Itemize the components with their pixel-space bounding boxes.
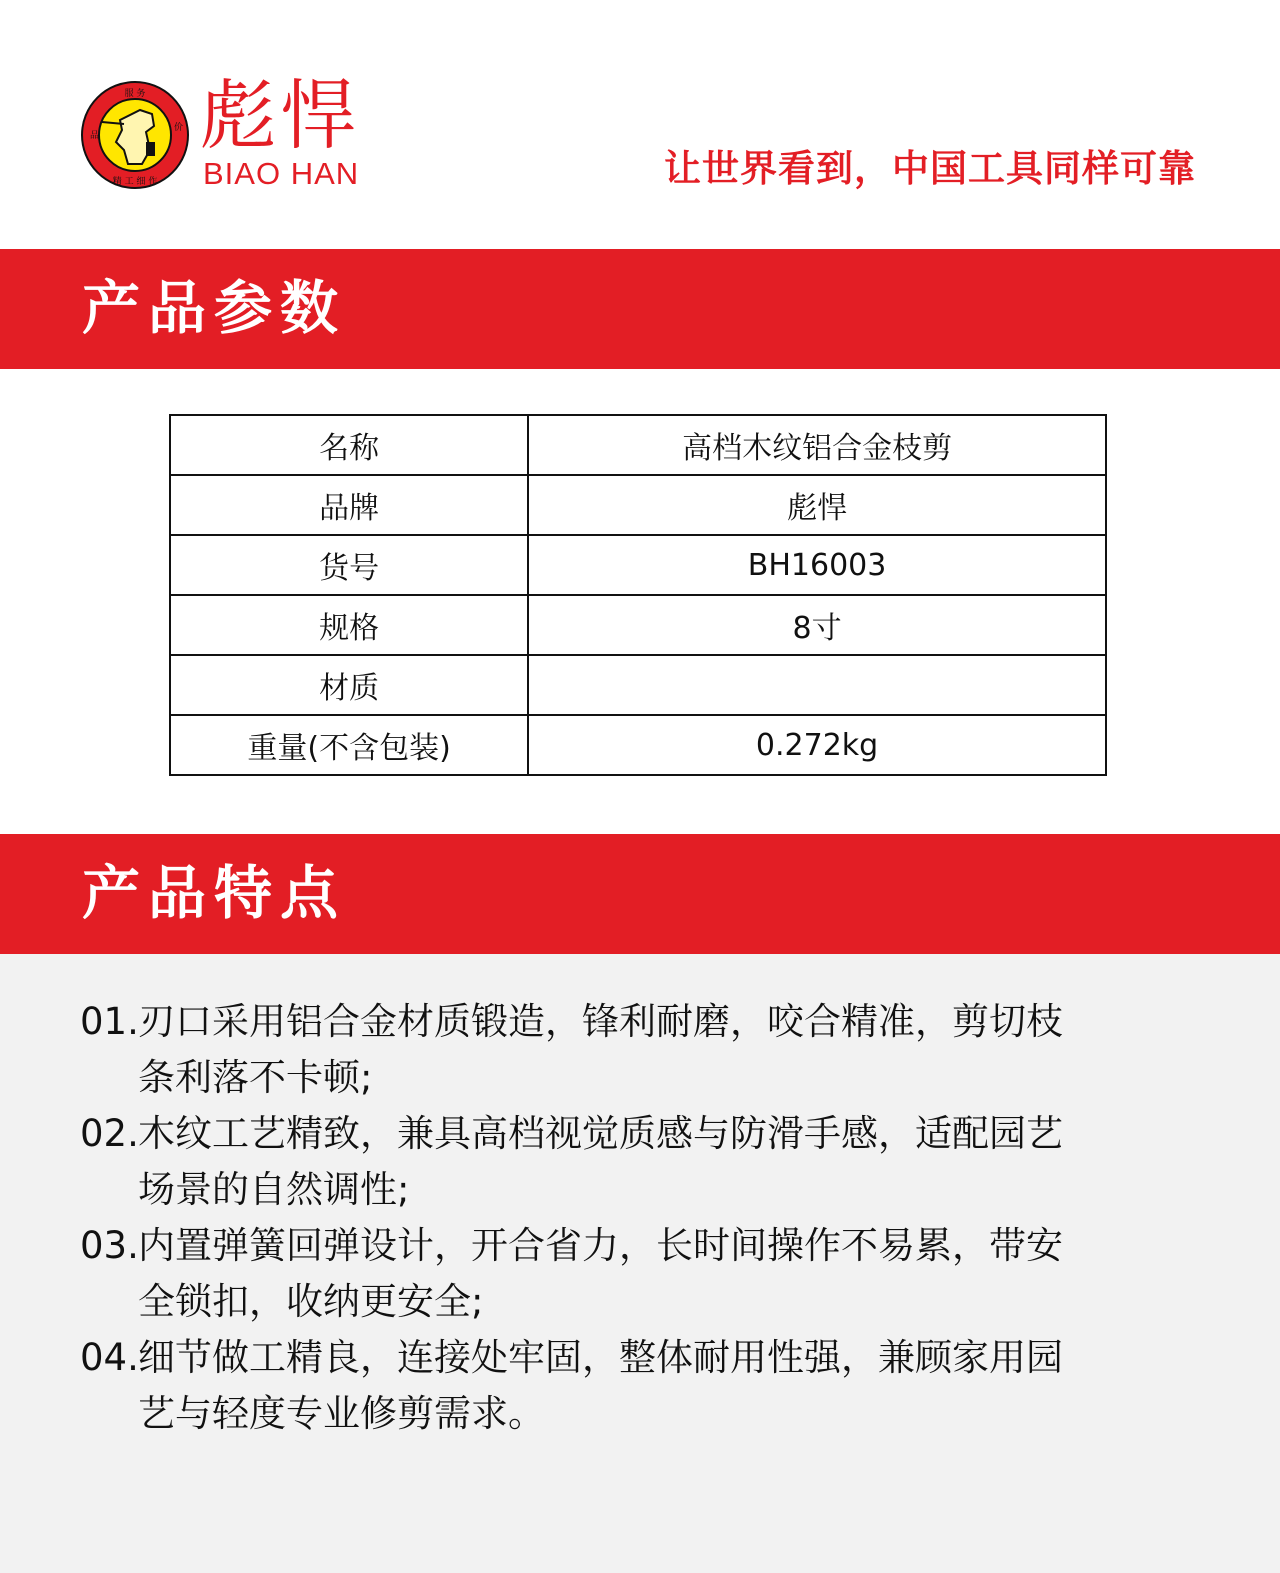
table-row: 规格 8寸 <box>170 595 1106 655</box>
feature-item: 02.木纹工艺精致，兼具高档视觉质感与防滑手感，适配园艺 场景的自然调性; <box>80 1106 1190 1218</box>
feature-text-line1: 木纹工艺精致，兼具高档视觉质感与防滑手感，适配园艺 <box>138 1112 1063 1155</box>
param-value: 8寸 <box>528 595 1106 655</box>
param-value: 高档木纹铝合金枝剪 <box>528 415 1106 475</box>
param-key: 货号 <box>170 535 528 595</box>
feature-item: 03.内置弹簧回弹设计，开合省力，长时间操作不易累，带安 全锁扣，收纳更安全; <box>80 1218 1190 1330</box>
brand-header: 服 务 精 工 细 作 品 价 彪悍 BIAO HAN 让世界看到，中国工具同样… <box>0 0 1280 249</box>
param-key: 品牌 <box>170 475 528 535</box>
params-section-title: 产品参数 <box>82 279 346 337</box>
param-value: 彪悍 <box>528 475 1106 535</box>
feature-number: 02. <box>80 1106 138 1162</box>
param-key: 规格 <box>170 595 528 655</box>
brand-logo-icon: 服 务 精 工 细 作 品 价 <box>80 80 190 190</box>
param-key: 名称 <box>170 415 528 475</box>
param-value: 0.272kg <box>528 715 1106 775</box>
svg-text:服 务: 服 务 <box>125 87 146 99</box>
feature-text-line2: 全锁扣，收纳更安全; <box>80 1274 1190 1330</box>
brand-slogan: 让世界看到，中国工具同样可靠 <box>664 150 1196 187</box>
param-key: 材质 <box>170 655 528 715</box>
svg-text:价: 价 <box>174 121 183 133</box>
param-key: 重量(不含包装) <box>170 715 528 775</box>
feature-item: 01.刃口采用铝合金材质锻造，锋利耐磨，咬合精准，剪切枝 条利落不卡顿; <box>80 994 1190 1106</box>
feature-number: 03. <box>80 1218 138 1274</box>
brand-name-cn: 彪悍 <box>200 78 360 154</box>
table-row: 货号 BH16003 <box>170 535 1106 595</box>
table-row: 重量(不含包装) 0.272kg <box>170 715 1106 775</box>
table-row: 名称 高档木纹铝合金枝剪 <box>170 415 1106 475</box>
svg-text:品: 品 <box>90 130 99 141</box>
feature-number: 04. <box>80 1330 138 1386</box>
feature-item: 04.细节做工精良，连接处牢固，整体耐用性强，兼顾家用园 艺与轻度专业修剪需求。 <box>80 1330 1190 1442</box>
param-value: BH16003 <box>528 535 1106 595</box>
features-section-header: 产品特点 <box>0 834 1280 954</box>
feature-text-line1: 刃口采用铝合金材质锻造，锋利耐磨，咬合精准，剪切枝 <box>138 1000 1063 1043</box>
feature-text-line2: 场景的自然调性; <box>80 1162 1190 1218</box>
feature-text-line1: 细节做工精良，连接处牢固，整体耐用性强，兼顾家用园 <box>138 1336 1063 1379</box>
feature-text-line2: 艺与轻度专业修剪需求。 <box>80 1386 1190 1442</box>
feature-text-line1: 内置弹簧回弹设计，开合省力，长时间操作不易累，带安 <box>138 1224 1063 1267</box>
table-row: 材质 <box>170 655 1106 715</box>
table-row: 品牌 彪悍 <box>170 475 1106 535</box>
brand-name-en: BIAO HAN <box>203 158 359 189</box>
feature-number: 01. <box>80 994 138 1050</box>
param-value <box>528 655 1106 715</box>
feature-text-line2: 条利落不卡顿; <box>80 1050 1190 1106</box>
params-table: 名称 高档木纹铝合金枝剪 品牌 彪悍 货号 BH16003 规格 8寸 材质 重… <box>169 414 1107 776</box>
features-section-title: 产品特点 <box>82 864 346 922</box>
svg-text:精 工 细 作: 精 工 细 作 <box>113 175 158 187</box>
features-list: 01.刃口采用铝合金材质锻造，锋利耐磨，咬合精准，剪切枝 条利落不卡顿; 02.… <box>0 954 1280 1573</box>
params-section-header: 产品参数 <box>0 249 1280 369</box>
